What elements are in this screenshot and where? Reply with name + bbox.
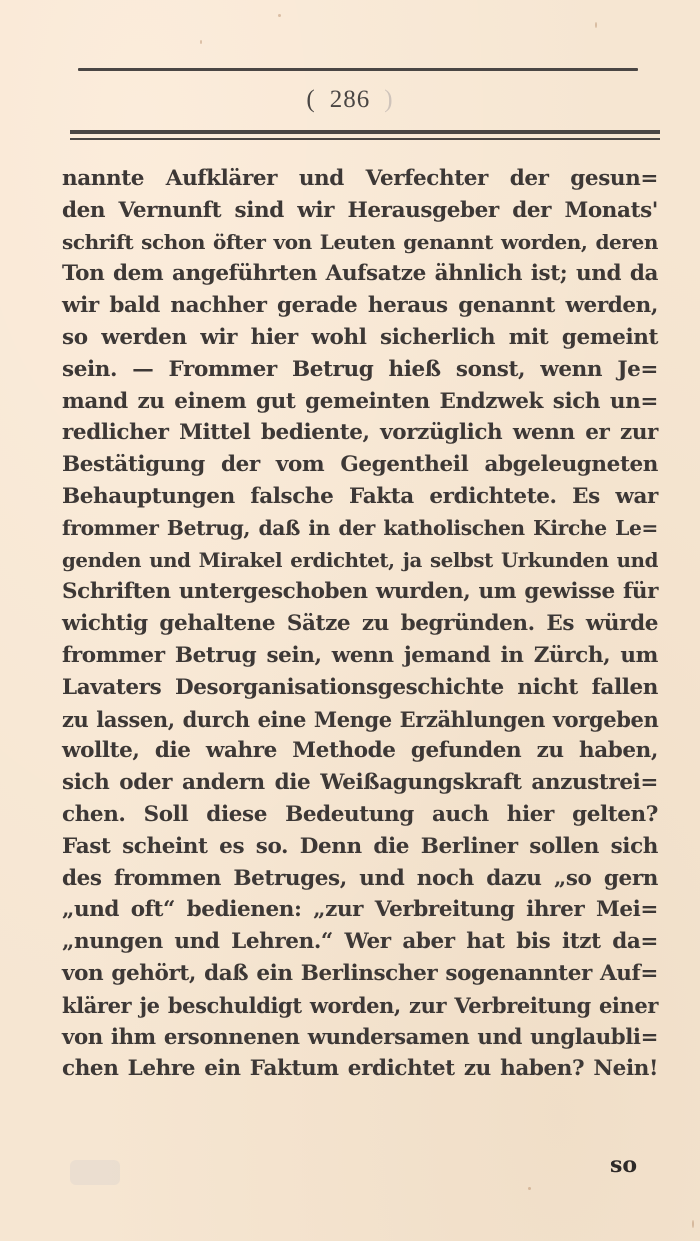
paper-speck <box>528 1187 531 1190</box>
header-rule-double-lower <box>70 138 660 140</box>
paper-speck <box>595 22 597 28</box>
text-line: sich oder andern die Weißagungskraft anz… <box>62 767 658 799</box>
text-line: wichtig gehaltene Sätze zu begründen. Es… <box>62 608 658 640</box>
text-line: genden und Mirakel erdichtet, ja selbst … <box>62 545 658 577</box>
text-line: sein. — Frommer Betrug hieß sonst, wenn … <box>62 354 658 386</box>
text-line: nannte Aufklärer und Verfechter der gesu… <box>62 163 658 195</box>
paper-speck <box>692 1220 694 1228</box>
text-line: Lavaters Desorganisationsgeschichte nich… <box>62 672 658 704</box>
folio-open-paren: ( <box>306 86 315 114</box>
text-line: wir bald nachher gerade heraus genannt w… <box>62 290 658 322</box>
header-rule-double-upper <box>70 130 660 134</box>
text-line: Ton dem angeführten Aufsatze ähnlich ist… <box>62 258 658 290</box>
page-number: 286 <box>330 86 371 113</box>
text-line: chen. Soll diese Bedeutung auch hier gel… <box>62 799 658 831</box>
text-line: von gehört, daß ein Berlinscher sogenann… <box>62 958 658 990</box>
text-line: klärer je beschuldigt worden, zur Verbre… <box>62 990 658 1022</box>
header-rule-top <box>78 68 638 71</box>
scanned-book-page: (286) nannte Aufklärer und Verfechter de… <box>0 0 700 1241</box>
paper-stain <box>70 1160 120 1185</box>
text-line: „nungen und Lehren.“ Wer aber hat bis it… <box>62 926 658 958</box>
text-line: frommer Betrug sein, wenn jemand in Zürc… <box>62 640 658 672</box>
page-number-header: (286) <box>0 86 700 114</box>
text-line: Behauptungen falsche Fakta erdichtete. E… <box>62 481 658 513</box>
text-line: den Vernunft sind wir Herausgeber der Mo… <box>62 195 658 227</box>
catchword: so <box>610 1152 637 1178</box>
text-line: zu lassen, durch eine Menge Erzählungen … <box>62 704 658 736</box>
text-line: Bestätigung der vom Gegentheil abgeleugn… <box>62 449 658 481</box>
text-line: so werden wir hier wohl sicherlich mit g… <box>62 322 658 354</box>
text-line: Schriften untergeschoben wurden, um gewi… <box>62 576 658 608</box>
text-line: mand zu einem gut gemeinten Endzwek sich… <box>62 386 658 418</box>
text-line: frommer Betrug, daß in der katholischen … <box>62 513 658 545</box>
text-line: „und oft“ bedienen: „zur Verbreitung ihr… <box>62 894 658 926</box>
body-text: nannte Aufklärer und Verfechter der gesu… <box>62 163 658 1085</box>
folio-close-paren: ) <box>384 86 393 114</box>
text-line: chen Lehre ein Faktum erdichtet zu haben… <box>62 1053 658 1085</box>
text-line: redlicher Mittel bediente, vorzüglich we… <box>62 417 658 449</box>
text-line: von ihm ersonnenen wundersamen und ungla… <box>62 1022 658 1054</box>
text-line: des frommen Betruges, und noch dazu „so … <box>62 863 658 895</box>
text-line: schrift schon öfter von Leuten genannt w… <box>62 227 658 259</box>
paper-speck <box>278 14 281 17</box>
text-line: wollte, die wahre Methode gefunden zu ha… <box>62 735 658 767</box>
paper-speck <box>200 40 202 44</box>
text-line: Fast scheint es so. Denn die Berliner so… <box>62 831 658 863</box>
